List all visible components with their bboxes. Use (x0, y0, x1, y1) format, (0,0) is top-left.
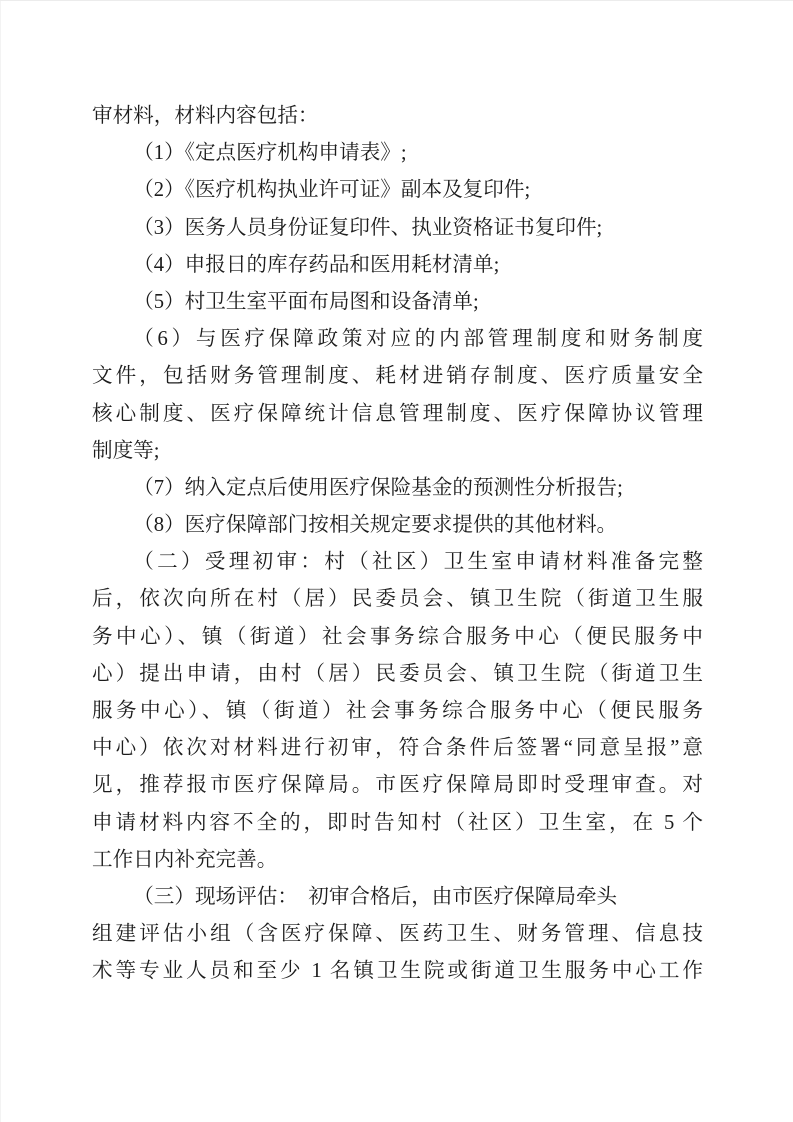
text-line: （4）申报日的库存药品和医用耗材清单; (92, 247, 703, 284)
text-line: 工作日内补充完善。 (92, 842, 703, 879)
text-line: 组建评估小组（含医疗保障、医药卫生、财务管理、信息技 (92, 916, 703, 953)
document-body: 审材料，材料内容包括：（1）《定点医疗机构申请表》;（2）《医疗机构执业许可证》… (92, 98, 703, 991)
text-line: （3）医务人员身份证复印件、执业资格证书复印件; (92, 210, 703, 247)
text-line: 制度等; (92, 433, 703, 470)
text-line: 文件，包括财务管理制度、耗材进销存制度、医疗质量安全 (92, 358, 703, 395)
text-line: 审材料，材料内容包括： (92, 98, 703, 135)
text-line: 心）提出申请，由村（居）民委员会、镇卫生院（街道卫生 (92, 656, 703, 693)
text-line: （二）受理初审：村（社区）卫生室申请材料准备完整 (92, 544, 703, 581)
text-line: 申请材料内容不全的，即时告知村（社区）卫生室，在 5 个 (92, 805, 703, 842)
text-line: （5）村卫生室平面布局图和设备清单; (92, 284, 703, 321)
document-page: 审材料，材料内容包括：（1）《定点医疗机构申请表》;（2）《医疗机构执业许可证》… (0, 0, 793, 1122)
text-line: 服务中心）、镇（街道）社会事务综合服务中心（便民服务 (92, 693, 703, 730)
text-line: 后，依次向所在村（居）民委员会、镇卫生院（街道卫生服 (92, 581, 703, 618)
text-line: （三）现场评估： 初审合格后，由市医疗保障局牵头 (92, 879, 703, 916)
text-line: （1）《定点医疗机构申请表》; (92, 135, 703, 172)
text-line: （7）纳入定点后使用医疗保险基金的预测性分析报告; (92, 470, 703, 507)
text-line: （2）《医疗机构执业许可证》副本及复印件; (92, 172, 703, 209)
text-line: 核心制度、医疗保障统计信息管理制度、医疗保障协议管理 (92, 396, 703, 433)
text-line: 务中心）、镇（街道）社会事务综合服务中心（便民服务中 (92, 619, 703, 656)
text-line: （6）与医疗保障政策对应的内部管理制度和财务制度 (92, 321, 703, 358)
text-line: 中心）依次对材料进行初审，符合条件后签署“同意呈报”意 (92, 730, 703, 767)
text-line: 术等专业人员和至少 1 名镇卫生院或街道卫生服务中心工作 (92, 953, 703, 990)
text-line: （8）医疗保障部门按相关规定要求提供的其他材料。 (92, 507, 703, 544)
text-line: 见，推荐报市医疗保障局。市医疗保障局即时受理审查。对 (92, 767, 703, 804)
